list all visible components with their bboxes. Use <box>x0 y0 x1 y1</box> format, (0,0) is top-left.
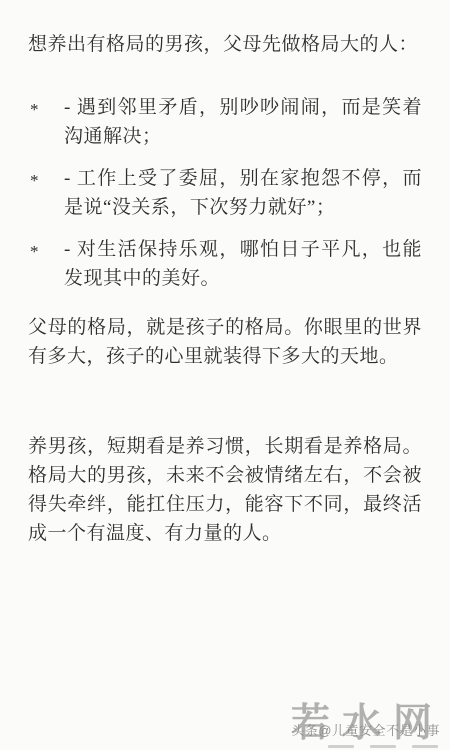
list-item: * - 工作上受了委屈，别在家抱怨不停，而是说“没关系，下次努力就好”； <box>28 164 422 222</box>
list-item-text: - 工作上受了委屈，别在家抱怨不停，而是说“没关系，下次努力就好”； <box>64 168 422 218</box>
fineprint-mark <box>412 745 438 748</box>
list-item-text: - 对生活保持乐观，哪怕日子平凡，也能发现其中的美好。 <box>64 239 422 289</box>
fineprint-mark <box>370 745 396 748</box>
article-page: 想养出有格局的男孩，父母先做格局大的人： * - 遇到邻里矛盾，别吵吵闹闹，而是… <box>0 0 450 750</box>
list-item: * - 对生活保持乐观，哪怕日子平凡，也能发现其中的美好。 <box>28 235 422 293</box>
bullet-list: * - 遇到邻里矛盾，别吵吵闹闹，而是笑着沟通解决； * - 工作上受了委屈，别… <box>28 93 422 293</box>
bullet-asterisk-icon: * <box>30 95 39 124</box>
list-item-text: - 遇到邻里矛盾，别吵吵闹闹，而是笑着沟通解决； <box>64 97 422 147</box>
paragraph: 养男孩，短期看是养习惯，长期看是养格局。格局大的男孩，未来不会被情绪左右，不会被… <box>28 432 422 548</box>
bullet-asterisk-icon: * <box>30 237 39 266</box>
list-item: * - 遇到邻里矛盾，别吵吵闹闹，而是笑着沟通解决； <box>28 93 422 151</box>
watermark-fineprint-marks <box>291 745 438 748</box>
watermark: 若水网 头条@儿童安全不是小事 <box>291 704 444 748</box>
fineprint-mark <box>328 745 354 748</box>
watermark-byline: 头条@儿童安全不是小事 <box>291 724 440 738</box>
bullet-asterisk-icon: * <box>30 166 39 195</box>
article-title: 想养出有格局的男孩，父母先做格局大的人： <box>28 30 422 59</box>
paragraph: 父母的格局，就是孩子的格局。你眼里的世界有多大，孩子的心里就装得下多大的天地。 <box>28 313 422 371</box>
